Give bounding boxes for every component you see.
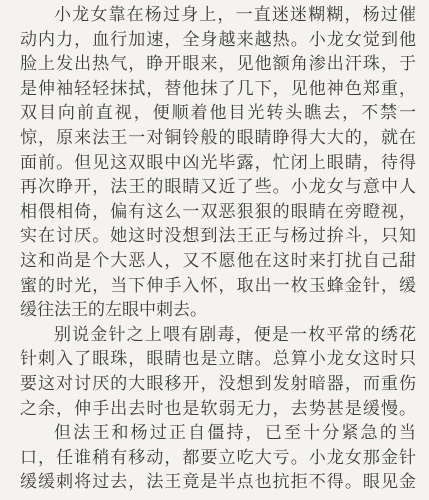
text-line: 动内力，血行加速，全身越来越热。小龙女觉到他 [20, 28, 416, 53]
text-line: 脸上发出热气，睁开眼来，见他额角渗出汗珠，于 [20, 52, 416, 77]
text-line: 之余，伸手出去时也是软弱无力，去势甚是缓慢。 [20, 397, 416, 422]
text-line: 口，任谁稍有移动，都要立吃大亏。小龙女那金针 [20, 446, 416, 471]
text-line: 实在讨厌。她这时没想到法王正与杨过拚斗，只知 [20, 224, 416, 249]
text-line: 缓缓刺将过去，法王竟是半点也抗拒不得。眼见金 [20, 470, 416, 495]
text-line: 小龙女靠在杨过身上，一直迷迷糊糊，杨过催 [20, 3, 416, 28]
reader-page[interactable]: 小龙女靠在杨过身上，一直迷迷糊糊，杨过催 动内力，血行加速，全身越来越热。小龙女… [0, 0, 429, 500]
text-line: 别说金针之上喂有剧毒，便是一枚平常的绣花 [20, 323, 416, 348]
text-line: 但法王和杨过正自僵持，已至十分紧急的当 [20, 421, 416, 446]
text-line: 这和尚是个大恶人，又不愿他在这时来打扰自己甜 [20, 249, 416, 274]
text-line: 缓往法王的左眼中刺去。 [20, 298, 416, 323]
text-line: 相偎相倚，偏有这么一双恶狠狠的眼睛在旁瞪视， [20, 200, 416, 225]
text-line: 双目向前直视，便顺着他目光转头瞧去，不禁一 [20, 101, 416, 126]
text-line: 再次睁开，法王的眼睛又近了些。小龙女与意中人 [20, 175, 416, 200]
text-line: 面前。但见这双眼中凶光毕露，忙闭上眼睛，待得 [20, 151, 416, 176]
text-line: 蜜的时光，当下伸手入怀，取出一枚玉蜂金针，缓 [20, 274, 416, 299]
text-line: 是伸袖轻轻抹拭，替他抹了几下，见他神色郑重， [20, 77, 416, 102]
text-line: 要这对讨厌的大眼移开，没想到发射暗器，而重伤 [20, 372, 416, 397]
text-line: 惊，原来法王一对铜铃般的眼睛睁得大大的，就在 [20, 126, 416, 151]
text-line: 针刺入了眼珠，眼睛也是立瞎。总算小龙女这时只 [20, 347, 416, 372]
